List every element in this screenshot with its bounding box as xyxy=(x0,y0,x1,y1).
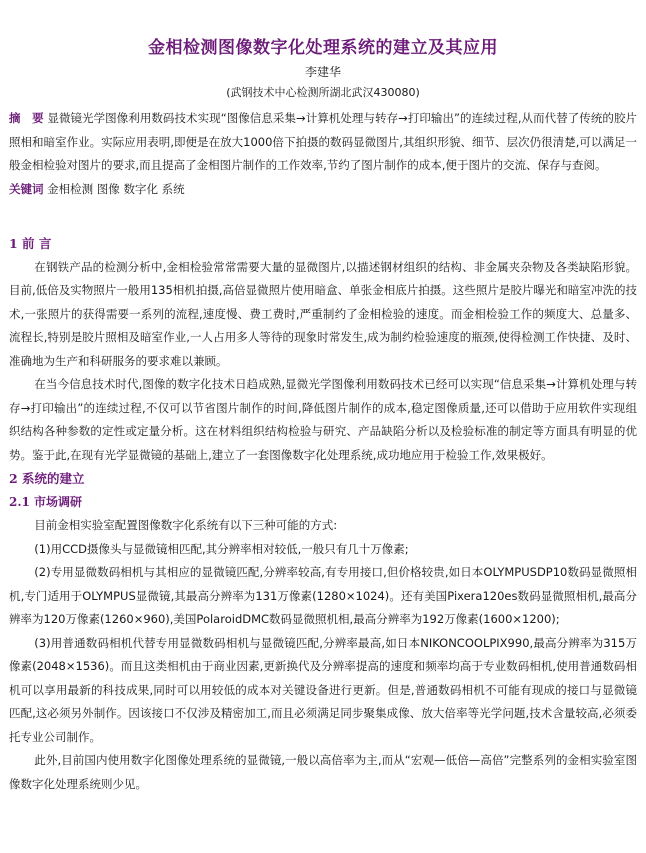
abstract-label: 摘 要 xyxy=(9,111,44,125)
section-heading-introduction: 1 前 言 xyxy=(9,232,637,256)
document-page: 金相检测图像数字化处理系统的建立及其应用 李建华 (武钢技术中心检测所湖北武汉4… xyxy=(0,0,646,796)
section-heading-system-build: 2 系统的建立 xyxy=(9,467,637,491)
subsection-heading-market-research: 2.1 市场调研 xyxy=(9,491,637,514)
keywords-label: 关键词 xyxy=(9,182,44,196)
keywords-text: 金相检测 图像 数字化 系统 xyxy=(47,182,184,196)
market-paragraph-5: 此外,目前国内使用数字化图像处理系统的显微镜,一般以高倍率为主,而从“宏观—低倍… xyxy=(9,749,637,796)
abstract-text: 显微镜光学图像利用数码技术实现“图像信息采集→计算机处理与转存→打印输出”的连续… xyxy=(9,111,637,172)
intro-paragraph-2: 在当今信息技术时代,图像的数字化技术日趋成熟,显微光学图像利用数码技术已经可以实… xyxy=(9,373,637,467)
keywords: 关键词 金相检测 图像 数字化 系统 xyxy=(9,178,637,201)
market-paragraph-2: (1)用CCD摄像头与显微镜相匹配,其分辨率相对较低,一般只有几十万像素; xyxy=(9,538,637,562)
intro-paragraph-1: 在钢铁产品的检测分析中,金相检验常常需要大量的显微图片,以描述钢材组织的结构、非… xyxy=(9,256,637,374)
market-paragraph-3: (2)专用显微数码相机与其相应的显微镜匹配,分辨率较高,有专用接口,但价格较贵,… xyxy=(9,561,637,632)
author-name: 李建华 xyxy=(9,62,637,82)
market-paragraph-4: (3)用普通数码相机代替专用显微数码相机与显微镜匹配,分辨率最高,如日本NIKO… xyxy=(9,632,637,750)
abstract: 摘 要 显微镜光学图像利用数码技术实现“图像信息采集→计算机处理与转存→打印输出… xyxy=(9,107,637,178)
author-affiliation: (武钢技术中心检测所湖北武汉430080) xyxy=(9,82,637,104)
market-paragraph-1: 目前金相实验室配置图像数字化系统有以下三种可能的方式: xyxy=(9,514,637,538)
paper-title: 金相检测图像数字化处理系统的建立及其应用 xyxy=(9,0,637,60)
